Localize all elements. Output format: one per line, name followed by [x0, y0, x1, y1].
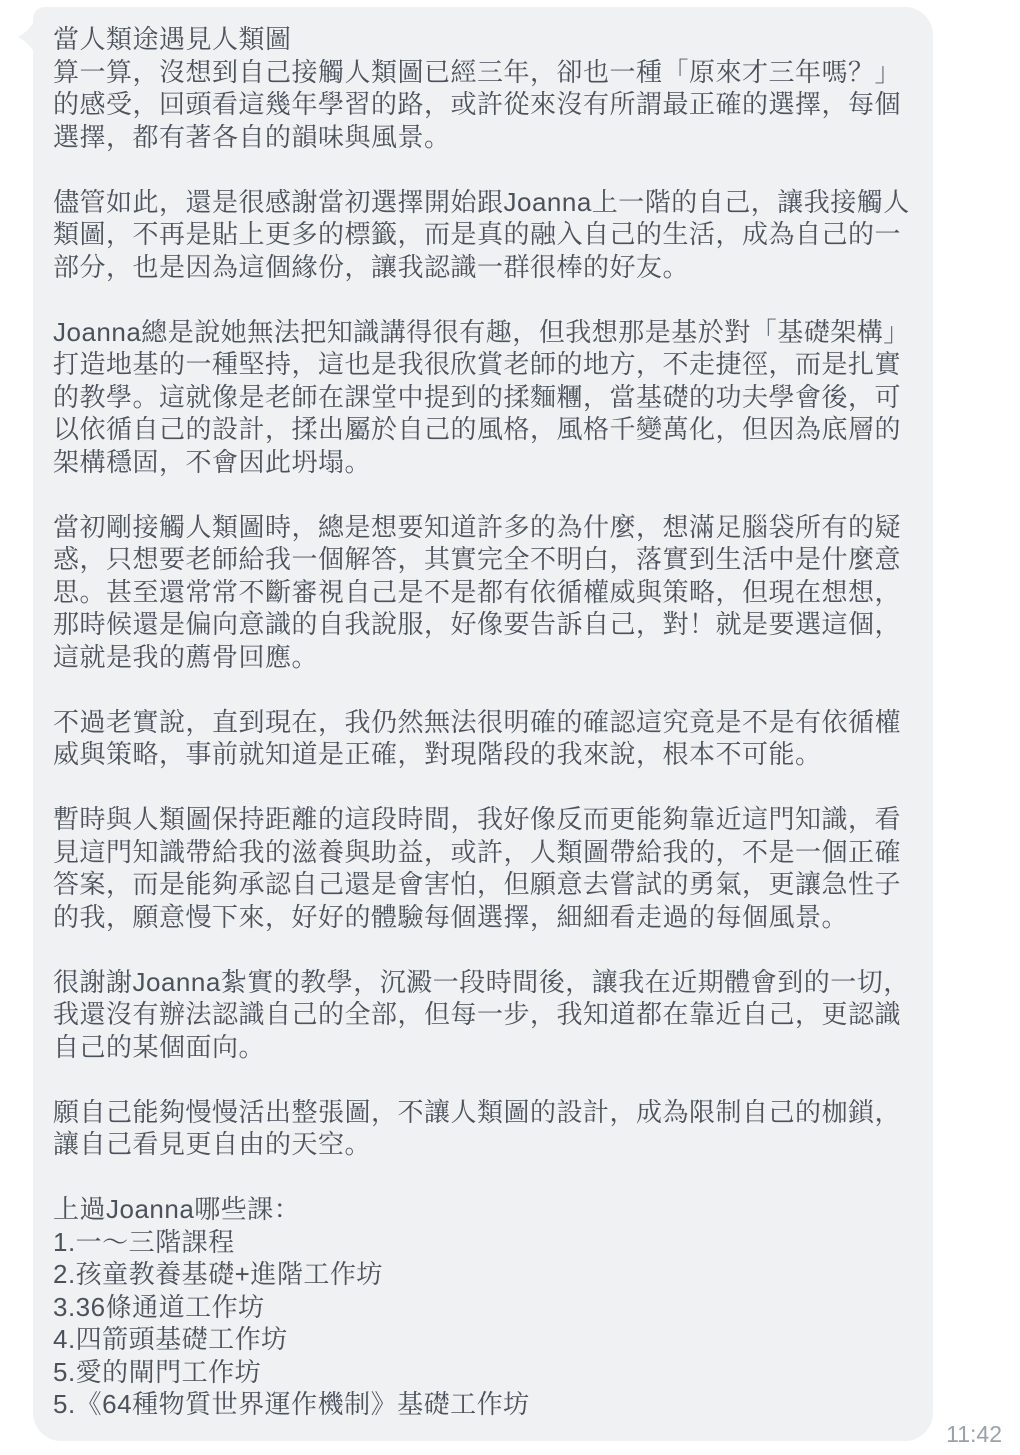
bubble-tail-shape: [18, 22, 34, 51]
message-paragraph: 暫時與人類圖保持距離的這段時間，我好像反而更能夠靠近這門知識，看見這門知識帶給我…: [53, 803, 911, 933]
message-paragraph: 願自己能夠慢慢活出整張圖，不讓人類圖的設計，成為限制自己的枷鎖，讓自己看見更自由…: [53, 1096, 911, 1161]
bubble-tail-icon: [18, 21, 34, 51]
message-paragraph: 儘管如此，還是很感謝當初選擇開始跟Joanna上一階的自己，讓我接觸人類圖，不再…: [53, 186, 911, 284]
message-paragraph: 不過老實說，直到現在，我仍然無法很明確的確認這究竟是不是有依循權威與策略，事前就…: [53, 706, 911, 771]
message-bubble[interactable]: 當人類途遇見人類圖算一算，沒想到自己接觸人類圖已經三年，卻也一種「原來才三年嗎？…: [33, 7, 933, 1441]
chat-screen: { "message": { "paragraphs": [ { "lines"…: [0, 0, 1020, 1455]
message-paragraph: 當人類途遇見人類圖算一算，沒想到自己接觸人類圖已經三年，卻也一種「原來才三年嗎？…: [53, 23, 911, 153]
message-paragraph: Joanna總是說她無法把知識講得很有趣，但我想那是基於對「基礎架構」打造地基的…: [53, 316, 911, 479]
message-paragraph: 很謝謝Joanna紮實的教學，沉澱一段時間後，讓我在近期體會到的一切，我還沒有辦…: [53, 966, 911, 1064]
message-paragraph: 上過Joanna哪些課：1.一～三階課程2.孩童教養基礎+進階工作坊3.36條通…: [53, 1193, 911, 1421]
message-timestamp: 11:42: [946, 1421, 1002, 1447]
message-paragraph: 當初剛接觸人類圖時，總是想要知道許多的為什麼，想滿足腦袋所有的疑惑，只想要老師給…: [53, 511, 911, 674]
message-text: 當人類途遇見人類圖算一算，沒想到自己接觸人類圖已經三年，卻也一種「原來才三年嗎？…: [53, 23, 911, 1421]
